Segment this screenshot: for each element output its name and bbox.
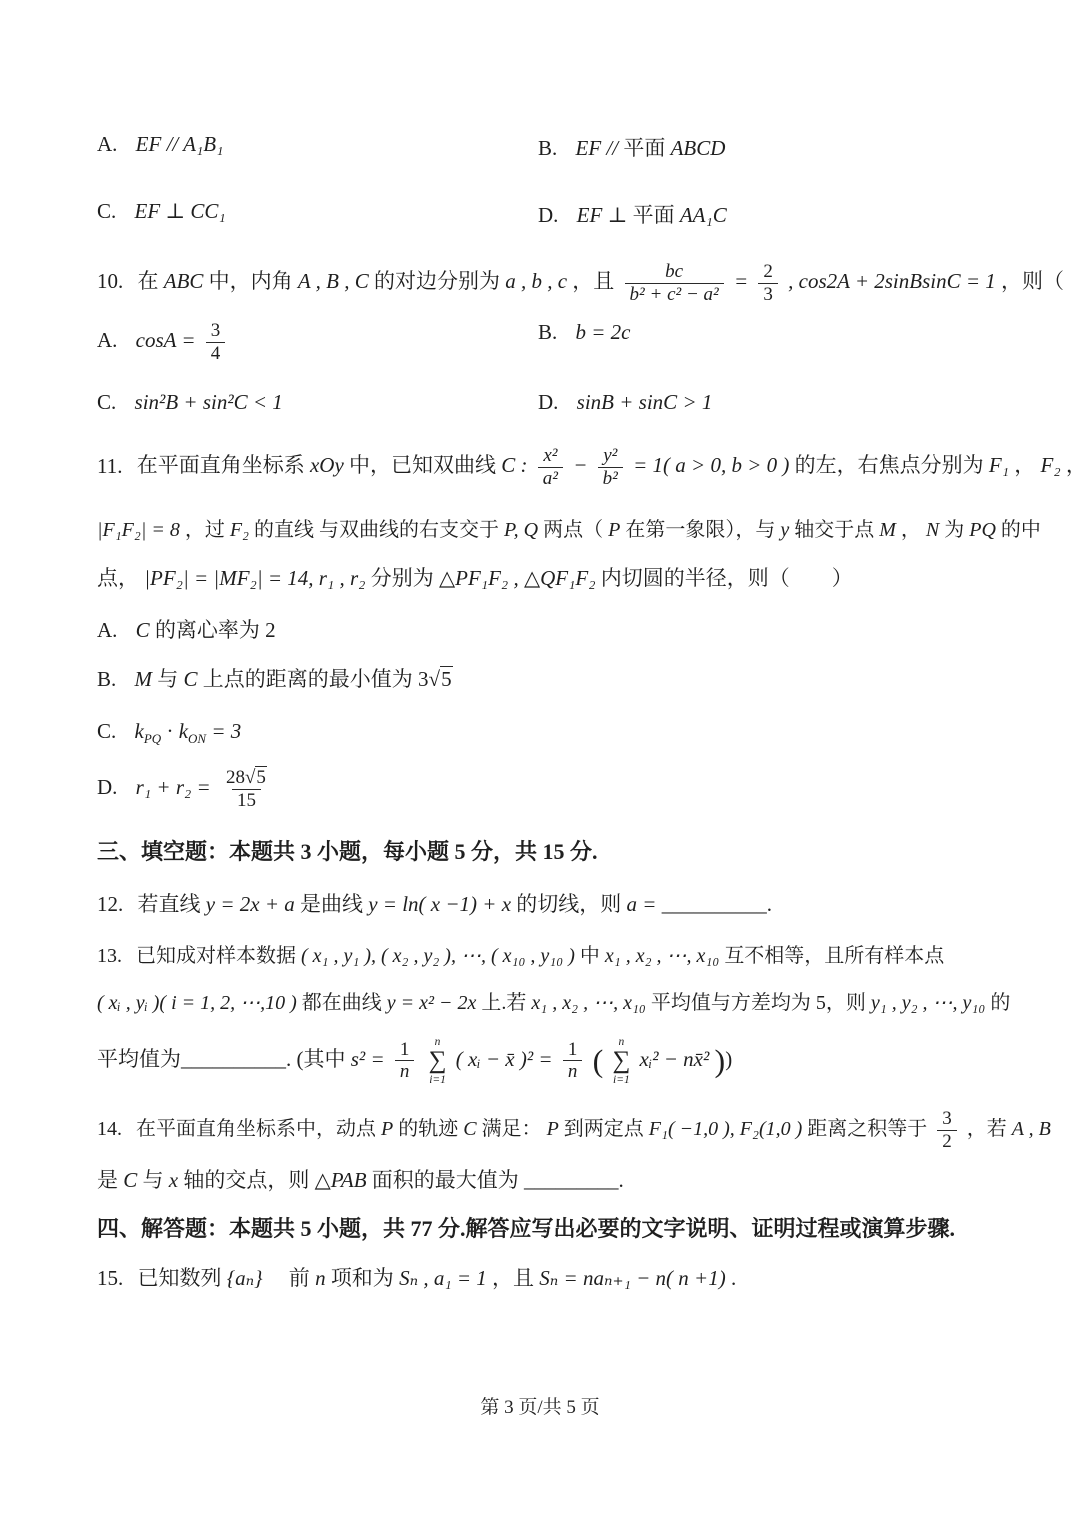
math-run: PQ xyxy=(969,519,996,541)
text-run: 的中 xyxy=(1001,519,1041,541)
text-run: 距离之积等于 xyxy=(807,1118,927,1140)
blank-line: __________ xyxy=(662,892,767,916)
question-number: 14. xyxy=(97,1118,122,1140)
blank-line: __________ xyxy=(181,1047,286,1071)
math-run: − xyxy=(573,454,587,478)
math-run: k xyxy=(179,719,188,743)
denominator: n xyxy=(563,1060,583,1083)
math-run: = xyxy=(538,1047,552,1071)
text-run: 中，内角 xyxy=(209,269,293,293)
numerator: 3 xyxy=(206,320,226,342)
q9-option-b: B. EF // 平面 ABCD xyxy=(538,132,995,162)
math-run: A , B xyxy=(1012,1118,1051,1140)
fraction: 34 xyxy=(206,320,226,365)
section-title-text: 三、填空题：本题共 3 小题，每小题 5 分，共 15 分. xyxy=(97,839,598,864)
text-run: 在平面直角坐标系 xyxy=(137,454,305,478)
section-3-title: 三、填空题：本题共 3 小题，每小题 5 分，共 15 分. xyxy=(97,838,995,866)
text-run: ， xyxy=(901,519,921,541)
math-run: , cos2A + 2sinBsinC = 1 xyxy=(788,269,996,293)
radical-sign: √ xyxy=(429,667,441,691)
text-run: 轴交于点 xyxy=(794,519,874,541)
subscript: PQ xyxy=(144,731,161,746)
option-label: C. xyxy=(97,719,116,743)
math-run: sin²B + sin²C < 1 xyxy=(135,390,283,414)
q9-option-d: D. EF ⊥ 平面 AA₁C xyxy=(538,199,995,229)
math-run: ABC xyxy=(164,269,204,293)
math-run: x₁ , x₂ , ⋯, x₁₀ xyxy=(531,992,645,1014)
q9-options-row-2: C. EF ⊥ CC₁ D. EF ⊥ 平面 AA₁C xyxy=(97,199,995,229)
math-run: y₁ , y₂ , ⋯, y₁₀ xyxy=(871,992,985,1014)
math-run: C xyxy=(463,1118,476,1140)
text-run: ，则（ ） xyxy=(1001,269,1080,293)
math-run: y xyxy=(780,519,789,541)
text-run: 内切圆的半径，则（ ） xyxy=(601,566,853,590)
subscript: ON xyxy=(188,731,206,746)
text-run: . xyxy=(286,1047,291,1071)
option-label: C. xyxy=(97,199,116,223)
question-number: 11. xyxy=(97,454,122,478)
denominator: 2 xyxy=(937,1130,957,1153)
option-label: B. xyxy=(538,136,557,160)
math-run: F₂ xyxy=(230,519,249,541)
math-run: M xyxy=(879,519,896,541)
coefficient: 28 xyxy=(226,767,245,788)
math-run: n xyxy=(315,1266,326,1290)
text-run: ，且 xyxy=(1066,454,1080,478)
math-run: △PAB xyxy=(315,1168,367,1192)
question-number: 13. xyxy=(97,945,122,967)
text-run: 在第一象限），与 xyxy=(625,519,775,541)
math-run: AA₁C xyxy=(680,203,727,227)
text-run: 在平面直角坐标系中，动点 xyxy=(136,1118,376,1140)
text-run: 到两定点 xyxy=(564,1118,644,1140)
math-run: EF // A₁B₁ xyxy=(136,132,224,156)
q11-option-c: C. kPQ · kON = 3 xyxy=(97,718,995,747)
numerator: 28√5 xyxy=(221,767,272,789)
q13-stem-line-1: 13. 已知成对样本数据 ( x₁ , y₁ ), ( x₂ , y₂ ), ⋯… xyxy=(97,944,995,969)
text-run: 若直线 xyxy=(138,892,201,916)
math-run: r₁ + r₂ = xyxy=(136,775,211,799)
q10-options-row-2: C. sin²B + sin²C < 1 D. sinB + sinC > 1 xyxy=(97,390,995,415)
math-run: ABCD xyxy=(671,136,726,160)
denominator: 3 xyxy=(758,283,778,306)
q11-option-b: B. M 与 C 上点的距离的最小值为 3√5 xyxy=(97,666,995,692)
text-run: 点， xyxy=(97,566,139,590)
math-run: k xyxy=(135,719,144,743)
math-run: = 3 xyxy=(211,719,241,743)
text-run: 为 xyxy=(944,519,964,541)
sum-upper-limit: n xyxy=(435,1036,441,1048)
text-run: 互不相等，且所有样本点 xyxy=(724,945,944,967)
right-paren: ) xyxy=(715,1042,726,1078)
q11-option-a: A. C 的离心率为 2 xyxy=(97,617,995,643)
denominator: 15 xyxy=(232,789,261,812)
math-run: EF ⊥ xyxy=(577,203,628,227)
page-footer: 第 3 页/共 5 页 xyxy=(0,1392,1080,1419)
text-run: ，且 xyxy=(572,269,614,293)
math-run: N xyxy=(926,519,939,541)
q12-stem: 12. 若直线 y = 2x + a 是曲线 y = ln( x −1) + x… xyxy=(97,891,995,917)
q9-option-c: C. EF ⊥ CC₁ xyxy=(97,199,538,229)
text-run: 在 xyxy=(138,269,159,293)
q10-option-c: C. sin²B + sin²C < 1 xyxy=(97,390,538,415)
option-label: D. xyxy=(538,390,558,414)
math-run: Sₙ = naₙ₊₁ − n( n +1) xyxy=(539,1266,725,1290)
q11-stem-line-1: 11. 在平面直角坐标系 xOy 中，已知双曲线 C : x²a² − y²b²… xyxy=(97,445,995,490)
option-label: A. xyxy=(97,132,117,156)
math-run: ( xᵢ − x̄ )² xyxy=(456,1047,533,1071)
text-run: 满足： xyxy=(482,1118,542,1140)
option-label: B. xyxy=(97,667,116,691)
exam-page: A. EF // A₁B₁ B. EF // 平面 ABCD C. EF ⊥ C… xyxy=(0,0,1080,1528)
math-run: C xyxy=(184,667,198,691)
numerator: 1 xyxy=(563,1039,583,1061)
math-run: s² = xyxy=(351,1047,385,1071)
math-run: C xyxy=(136,618,150,642)
math-run: sinB + sinC > 1 xyxy=(577,390,713,414)
math-run: P xyxy=(547,1118,559,1140)
text-run: 平均值与方差均为 5，则 xyxy=(651,992,866,1014)
question-number: 10. xyxy=(97,269,123,293)
option-label: A. xyxy=(97,328,117,352)
q10-stem: 10. 在 ABC 中，内角 A , B , C 的对边分别为 a , b , … xyxy=(97,261,995,306)
q11-stem-line-3: 点， |PF₂| = |MF₂| = 14, r₁ , r₂ 分别为 △PF₁F… xyxy=(97,565,995,591)
q10-options-row-1: A. cosA = 34 B. b = 2c xyxy=(97,320,995,365)
text-run: 平面 xyxy=(633,203,675,227)
math-operator: · xyxy=(166,719,173,743)
text-run: 的离心率为 2 xyxy=(155,618,276,642)
math-run: F₁ xyxy=(989,454,1009,478)
text-run: 两点（ xyxy=(543,519,603,541)
fraction: 32 xyxy=(937,1108,957,1153)
q14-stem-line-2: 是 C 与 x 轴的交点，则 △PAB 面积的最大值为 _________. xyxy=(97,1167,995,1193)
text-run: 是 xyxy=(97,1168,118,1192)
fraction: y²b² xyxy=(598,445,623,490)
math-run: F₁( −1,0 ), F₂(1,0 ) xyxy=(649,1118,802,1140)
math-run: y = 2x + a xyxy=(206,892,295,916)
radicand: 5 xyxy=(255,766,267,788)
math-run: b = 2c xyxy=(576,320,631,344)
text-run: 项和为 xyxy=(331,1266,394,1290)
q13-stem-line-2: ( xᵢ , yᵢ )( i = 1, 2, ⋯,10 ) 都在曲线 y = x… xyxy=(97,991,995,1016)
math-run: EF ⊥ CC₁ xyxy=(135,199,226,223)
q10-option-a: A. cosA = 34 xyxy=(97,320,538,365)
text-run: 与 xyxy=(143,1168,164,1192)
text-run: . xyxy=(767,892,772,916)
text-run: 已知成对样本数据 xyxy=(136,945,296,967)
denominator: n xyxy=(395,1060,415,1083)
math-run: xᵢ² − nx̄² xyxy=(640,1047,710,1071)
radical-sign: √ xyxy=(245,767,255,788)
q15-stem: 15. 已知数列 {aₙ} 前 n 项和为 Sₙ , a₁ = 1 ，且 Sₙ … xyxy=(97,1265,995,1291)
numerator: 1 xyxy=(395,1039,415,1061)
option-label: C. xyxy=(97,390,116,414)
math-run: a , b , c xyxy=(505,269,567,293)
text-run: 的左，右焦点分别为 xyxy=(795,454,984,478)
math-run: x₁ , x₂ , ⋯, x₁₀ xyxy=(605,945,719,967)
math-run: y = ln( x −1) + x xyxy=(368,892,511,916)
text-run: ，若 xyxy=(967,1118,1007,1140)
text-run: 的直线 与双曲线的右支交于 xyxy=(254,519,499,541)
fraction: x²a² xyxy=(538,445,563,490)
sum-upper-limit: n xyxy=(619,1036,625,1048)
fraction: 1n xyxy=(395,1039,415,1084)
option-label: D. xyxy=(97,775,117,799)
text-run: 分别为 xyxy=(371,566,434,590)
denominator: 4 xyxy=(206,342,226,365)
radical: 28√5 xyxy=(226,766,267,788)
math-run: P xyxy=(608,519,620,541)
q14-stem-line-1: 14. 在平面直角坐标系中，动点 P 的轨迹 C 满足： P 到两定点 F₁( … xyxy=(97,1108,995,1153)
math-run: xOy xyxy=(310,454,344,478)
text-run: 与 xyxy=(157,667,178,691)
option-label: B. xyxy=(538,320,557,344)
sum-lower-limit: i=1 xyxy=(613,1074,630,1086)
right-paren-small: ) xyxy=(725,1047,732,1071)
math-run: EF // xyxy=(576,136,619,160)
math-run: F₂ xyxy=(1041,454,1061,478)
text-run: (其中 xyxy=(297,1047,346,1071)
numerator: 3 xyxy=(937,1108,957,1130)
summation: n∑i=1 xyxy=(429,1036,447,1086)
math-run: △PF₁F₂ , △QF₁F₂ xyxy=(439,566,596,590)
math-run: P, Q xyxy=(504,519,538,541)
q9-option-a: A. EF // A₁B₁ xyxy=(97,132,538,162)
fraction: 23 xyxy=(758,261,778,306)
denominator: a² xyxy=(538,467,563,490)
q10-option-d: D. sinB + sinC > 1 xyxy=(538,390,995,415)
text-run: ，且 xyxy=(492,1266,534,1290)
math-run: P xyxy=(381,1118,393,1140)
numerator: x² xyxy=(538,445,562,467)
math-run: ( xᵢ , yᵢ )( i = 1, 2, ⋯,10 ) xyxy=(97,992,297,1014)
fraction: 28√515 xyxy=(221,767,272,812)
text-run: ， xyxy=(1014,454,1035,478)
math-run: = xyxy=(734,269,748,293)
text-run: 中 xyxy=(580,945,600,967)
math-run: C : xyxy=(501,454,527,478)
q11-option-d: D. r₁ + r₂ = 28√515 xyxy=(97,767,995,812)
page-number-text: 第 3 页/共 5 页 xyxy=(480,1397,599,1418)
denominator: b² + c² − a² xyxy=(625,283,724,306)
text-run: 平面 xyxy=(623,136,665,160)
section-title-text: 四、解答题：本题共 5 小题，共 77 分.解答应写出必要的文字说明、证明过程或… xyxy=(97,1216,955,1241)
sum-lower-limit: i=1 xyxy=(429,1074,446,1086)
text-run: . xyxy=(731,1266,736,1290)
text-run: 中，已知双曲线 xyxy=(349,454,496,478)
denominator: b² xyxy=(598,467,623,490)
radical: 3√5 xyxy=(418,666,453,691)
numerator: 2 xyxy=(758,261,778,283)
math-run: cosA = xyxy=(136,328,196,352)
math-run: M xyxy=(135,667,153,691)
option-label: D. xyxy=(538,203,558,227)
math-run: = 1( a > 0, b > 0 ) xyxy=(633,454,789,478)
text-run: 前 xyxy=(268,1266,310,1290)
text-run: 的轨迹 xyxy=(398,1118,458,1140)
question-number: 12. xyxy=(97,892,123,916)
sigma-icon: ∑ xyxy=(429,1048,447,1074)
math-run: |PF₂| = |MF₂| = 14, r₁ , r₂ xyxy=(144,566,365,590)
radicand: 5 xyxy=(440,666,453,691)
q9-options-row-1: A. EF // A₁B₁ B. EF // 平面 ABCD xyxy=(97,132,995,162)
coefficient: 3 xyxy=(418,667,429,691)
math-run: a = xyxy=(627,892,657,916)
math-run: A , B , C xyxy=(298,269,369,293)
text-run: 的 xyxy=(990,992,1010,1014)
math-run: ( x₁ , y₁ ), ( x₂ , y₂ ), ⋯, ( x₁₀ , y₁₀… xyxy=(301,945,575,967)
math-run: Sₙ , a₁ = 1 xyxy=(399,1266,487,1290)
sigma-icon: ∑ xyxy=(612,1048,630,1074)
math-run: x xyxy=(169,1168,178,1192)
q11-stem-line-2: |F₁F₂| = 8 ，过 F₂ 的直线 与双曲线的右支交于 P, Q 两点（ … xyxy=(97,518,995,543)
q10-option-b: B. b = 2c xyxy=(538,320,995,365)
left-paren: ( xyxy=(593,1042,604,1078)
text-run: 是曲线 xyxy=(300,892,363,916)
summation: n∑i=1 xyxy=(612,1036,630,1086)
text-run: 上.若 xyxy=(481,992,526,1014)
math-run: {aₙ} xyxy=(227,1266,263,1290)
blank-line: _________ xyxy=(524,1168,619,1192)
numerator: bc xyxy=(660,261,688,283)
fraction: 1n xyxy=(563,1039,583,1084)
text-run: 的对边分别为 xyxy=(374,269,500,293)
section-4-title: 四、解答题：本题共 5 小题，共 77 分.解答应写出必要的文字说明、证明过程或… xyxy=(97,1215,995,1243)
math-run: |F₁F₂| = 8 xyxy=(97,519,180,541)
text-run: ，过 xyxy=(185,519,225,541)
text-run: 轴的交点，则 xyxy=(183,1168,309,1192)
numerator: y² xyxy=(598,445,622,467)
math-run: C xyxy=(123,1168,137,1192)
text-run: 已知数列 xyxy=(138,1266,222,1290)
math-run: y = x² − 2x xyxy=(387,992,477,1014)
text-run: 的切线，则 xyxy=(516,892,621,916)
text-run: 面积的最大值为 xyxy=(372,1168,519,1192)
question-number: 15. xyxy=(97,1266,123,1290)
fraction: bcb² + c² − a² xyxy=(625,261,724,306)
q13-stem-line-3: 平均值为__________. (其中 s² = 1n n∑i=1 ( xᵢ −… xyxy=(97,1036,995,1086)
text-run: . xyxy=(619,1168,624,1192)
option-label: A. xyxy=(97,618,117,642)
text-run: 平均值为 xyxy=(97,1047,181,1071)
text-run: 上点的距离的最小值为 xyxy=(203,667,413,691)
text-run: 都在曲线 xyxy=(302,992,382,1014)
